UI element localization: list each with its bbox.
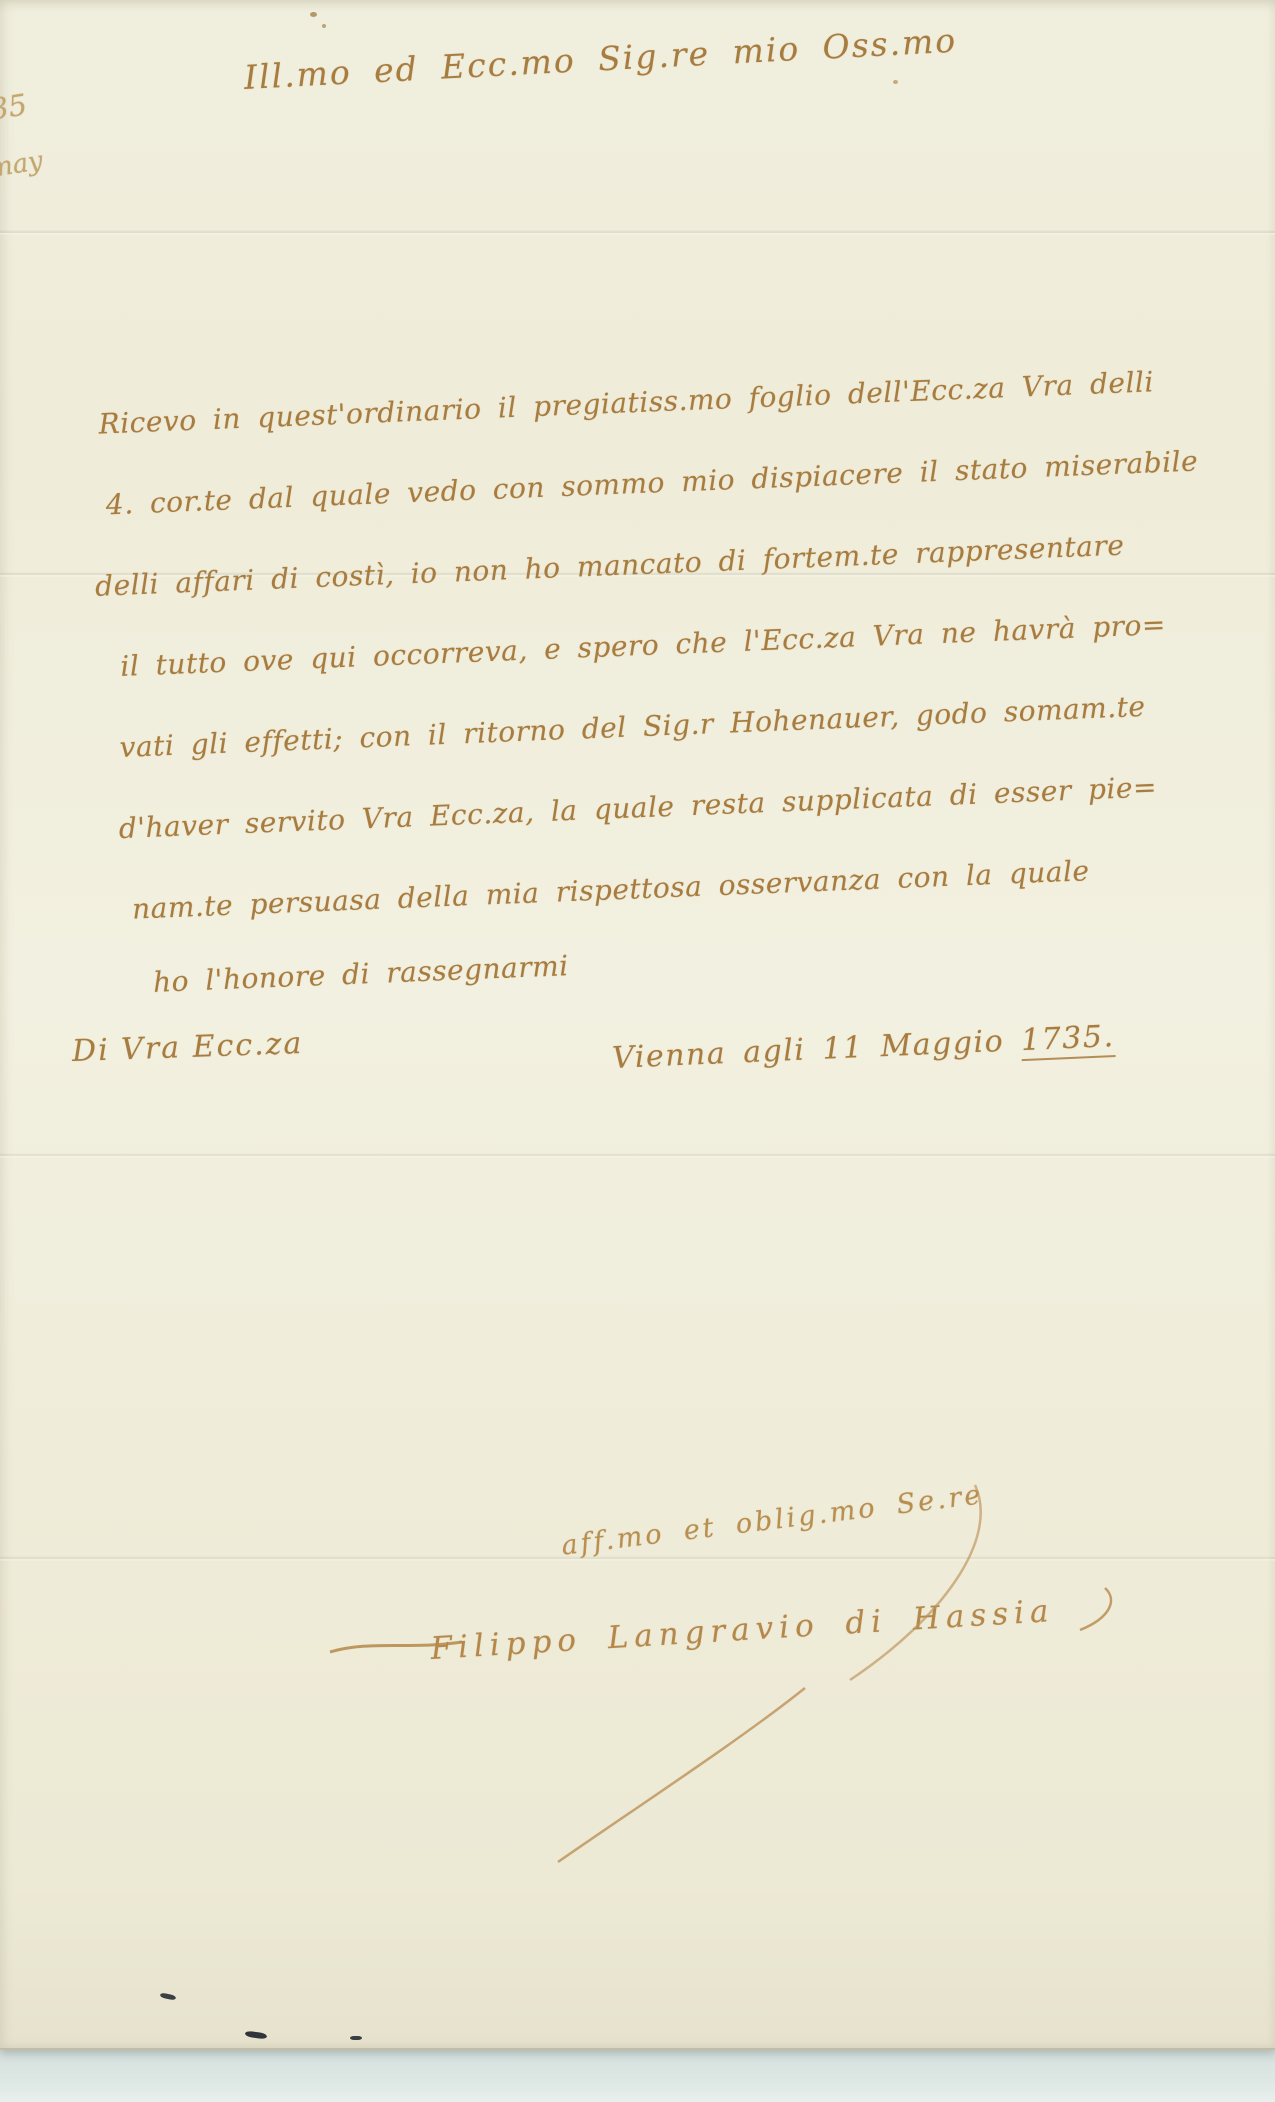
pencil-mark: [245, 2030, 268, 2039]
signature-underflourish: [558, 1688, 805, 1862]
ink-speck: [322, 24, 326, 28]
signature-name: Filippo Langravio di Hassia: [429, 1593, 1055, 1667]
body-line-5: vati gli effetti; con il ritorno del Sig…: [119, 690, 1146, 764]
ink-speck: [893, 80, 898, 84]
body-line-3: delli affari di costì, io non ho mancato…: [95, 529, 1125, 603]
letter-body: Ricevo in quest'ordinario il pregiatiss.…: [88, 372, 1013, 1048]
closing-line: Di Vra Ecc.za: [71, 1026, 303, 1069]
letter-paper: Ill.mo ed Ecc.mo Sig.re mio Oss.mo 35 ma…: [0, 0, 1275, 2050]
ink-speck: [310, 12, 317, 17]
body-line-2: 4. cor.te dal quale vedo con sommo mio d…: [105, 445, 1198, 522]
signature-tail-flourish: [1080, 1588, 1111, 1630]
margin-note-year: 35: [0, 87, 29, 126]
body-line-7: nam.te persuasa della mia rispettosa oss…: [131, 854, 1090, 925]
scanner-background: [0, 2048, 1275, 2102]
dateline-place: Vienna agli 11 Maggio: [611, 1023, 1021, 1076]
body-line-6: d'haver servito Vra Ecc.za, la quale res…: [118, 770, 1157, 845]
body-line-1: Ricevo in quest'ordinario il pregiatiss.…: [98, 365, 1154, 440]
fold-crease: [0, 1153, 1275, 1158]
fold-crease: [0, 1556, 1275, 1561]
dateline: Vienna agli 11 Maggio 1735.: [611, 1019, 1115, 1076]
fold-crease: [0, 230, 1275, 235]
valediction-line: aff.mo et oblig.mo Se.re: [560, 1479, 985, 1562]
margin-note-month: may: [0, 146, 45, 184]
body-line-8: ho l'honore di rassegnarmi: [152, 949, 569, 999]
dateline-year: 1735.: [1020, 1019, 1115, 1061]
salutation-line: Ill.mo ed Ecc.mo Sig.re mio Oss.mo: [243, 21, 958, 97]
pencil-mark: [160, 1992, 177, 2000]
body-line-4: il tutto ove qui occorreva, e spero che …: [120, 608, 1167, 683]
pencil-mark: [350, 2036, 362, 2040]
scanned-letter-page: { "document": { "kind": "handwritten man…: [0, 0, 1275, 2102]
